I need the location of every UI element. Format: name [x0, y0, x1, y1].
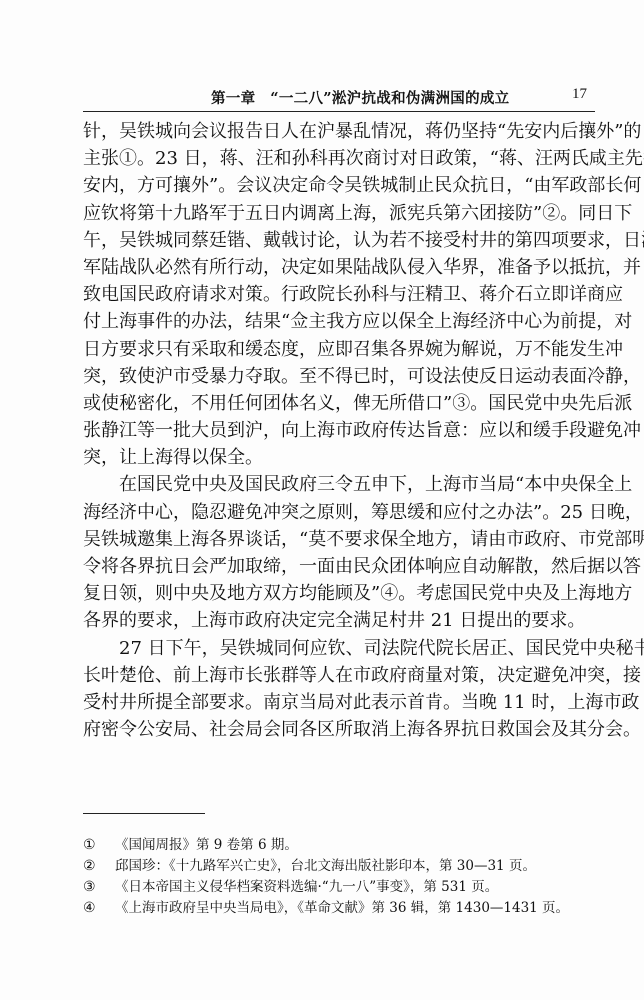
paragraph-start-line: 在国民党中央及国民政府三令五申下，上海市当局“本中央保全上 [83, 471, 597, 498]
footnote-mark: ④ [83, 898, 115, 919]
book-page: 第一章 “一二八”淞沪抗战和伪满洲国的成立 17 针，吴铁城向会议报告日人在沪暴… [0, 0, 644, 1000]
body-line: 付上海事件的办法，结果“佥主我方应以保全上海经济中心为前提，对 [83, 308, 597, 335]
body-line: 突，让上海得以保全。 [83, 444, 597, 471]
body-line: 军陆战队必然有所行动，决定如果陆战队侵入华界，准备予以抵抗，并 [83, 254, 597, 281]
body-line: 日方要求只有采取和缓态度，应即召集各界婉为解说，万不能发生冲 [83, 336, 597, 363]
body-line: 致电国民政府请求对策。行政院长孙科与汪精卫、蒋介石立即详商应 [83, 281, 597, 308]
body-line: 令将各界抗日会严加取缔，一面由民众团体响应自动解散，然后据以答 [83, 553, 597, 580]
body-line: 各界的要求，上海市政府决定完全满足村井 21 日提出的要求。 [83, 607, 597, 634]
page-number: 17 [572, 86, 587, 103]
footnote-mark: ① [83, 835, 115, 856]
chapter-title: 第一章 “一二八”淞沪抗战和伪满洲国的成立 [211, 87, 509, 108]
body-line: 主张①。23 日，蒋、汪和孙科再次商讨对日政策，“蒋、汪两氏咸主先行 [83, 145, 597, 172]
footnote-mark: ② [83, 856, 115, 877]
body-line: 安内，方可攘外”。会议决定命令吴铁城制止民众抗日，“由军政部长何 [83, 172, 597, 199]
body-line: 突，致使沪市受暴力夺取。至不得已时，可设法使反日运动表面冷静， [83, 363, 597, 390]
footnote-text: 邱国珍：《十九路军兴亡史》，台北文海出版社影印本，第 30—31 页。 [115, 856, 603, 877]
footnote: ② 邱国珍：《十九路军兴亡史》，台北文海出版社影印本，第 30—31 页。 [83, 856, 603, 877]
footnote-text: 《上海市政府呈中央当局电》，《革命文献》第 36 辑，第 1430—1431 页… [115, 898, 603, 919]
body-line: 海经济中心，隐忍避免冲突之原则，筹思缓和应付之办法”。25 日晚， [83, 499, 597, 526]
body-line: 长叶楚伧、前上海市长张群等人在市政府商量对策，决定避免冲突，接 [83, 662, 597, 689]
header-rule [83, 111, 595, 112]
footnotes: ① 《国闻周报》第 9 卷第 6 期。 ② 邱国珍：《十九路军兴亡史》，台北文海… [83, 835, 603, 919]
footnote-rule [83, 813, 205, 814]
footnote: ④ 《上海市政府呈中央当局电》，《革命文献》第 36 辑，第 1430—1431… [83, 898, 603, 919]
footnote-mark: ③ [83, 877, 115, 898]
footnote: ③ 《日本帝国主义侵华档案资料选编·“九一八”事变》，第 531 页。 [83, 877, 603, 898]
body-line: 或使秘密化，不用任何团体名义，俾无所借口”③。国民党中央先后派 [83, 390, 597, 417]
paragraph-start-line: 27 日下午，吴铁城同何应钦、司法院代院长居正、国民党中央秘书 [83, 635, 597, 662]
body-line: 吴铁城邀集上海各界谈话，“莫不要求保全地方，请由市政府、市党部明 [83, 526, 597, 553]
running-header: 第一章 “一二八”淞沪抗战和伪满洲国的成立 17 [83, 85, 595, 109]
body-line: 张静江等一批大员到沪，向上海市政府传达旨意：应以和缓手段避免冲 [83, 417, 597, 444]
body-line: 针，吴铁城向会议报告日人在沪暴乱情况，蒋仍坚持“先安内后攘外”的 [83, 118, 597, 145]
body-line: 府密令公安局、社会局会同各区所取消上海各界抗日救国会及其分会。 [83, 716, 597, 743]
body-line: 受村井所提全部要求。南京当局对此表示首肯。当晚 11 时，上海市政 [83, 689, 597, 716]
body-line: 应钦将第十九路军于五日内调离上海，派宪兵第六团接防”②。同日下 [83, 200, 597, 227]
body-line: 复日领，则中央及地方双方均能顾及”④。考虑国民党中央及上海地方 [83, 580, 597, 607]
footnote-text: 《日本帝国主义侵华档案资料选编·“九一八”事变》，第 531 页。 [115, 877, 603, 898]
footnote-text: 《国闻周报》第 9 卷第 6 期。 [115, 835, 603, 856]
body-line: 午，吴铁城同蔡廷锴、戴戟讨论，认为若不接受村井的第四项要求，日海 [83, 227, 597, 254]
body-text: 针，吴铁城向会议报告日人在沪暴乱情况，蒋仍坚持“先安内后攘外”的 主张①。23 … [83, 118, 597, 743]
footnote: ① 《国闻周报》第 9 卷第 6 期。 [83, 835, 603, 856]
